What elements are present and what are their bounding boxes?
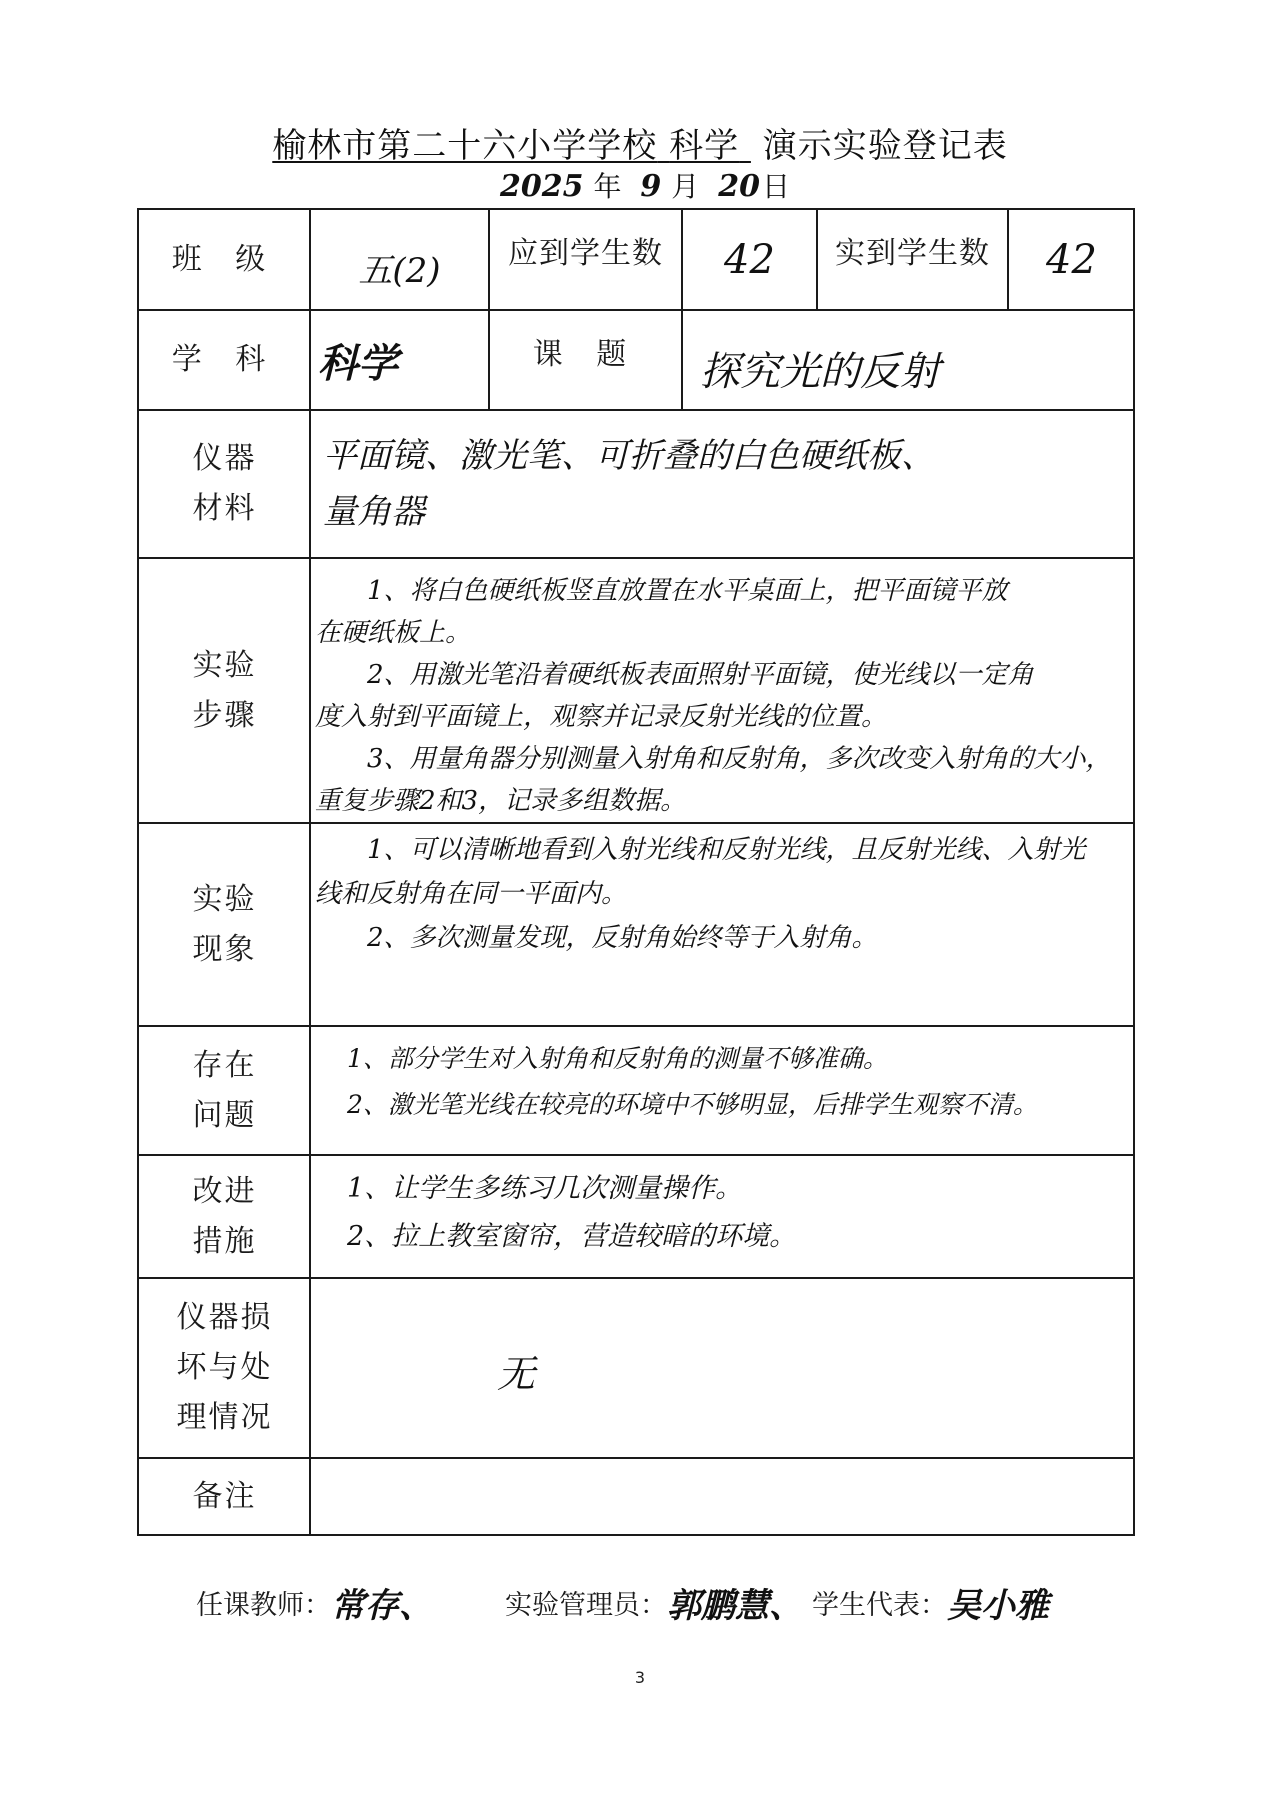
date-year: 2025: [500, 169, 584, 204]
phenomena-label-line: 现象: [193, 925, 257, 975]
date-day: 20: [718, 169, 760, 204]
damage-label-line: 仪器损: [177, 1293, 273, 1343]
class-label: 班 级: [172, 235, 278, 285]
materials-label-cell: 仪器 材料: [139, 410, 310, 558]
improvements-label-cell: 改进 措施: [139, 1155, 310, 1278]
improvements-label-line: 改进: [193, 1167, 257, 1217]
expected-label: 应到学生数: [508, 229, 663, 279]
phenomena-line: 线和反射角在同一平面内。: [315, 872, 1133, 916]
title-subject: 科学: [657, 126, 751, 166]
materials-content: 平面镜、激光笔、可折叠的白色硬纸板、 量角器: [323, 428, 1123, 540]
phenomena-label-line: 实验: [193, 875, 257, 925]
actual-value-cell: 42: [1008, 210, 1135, 310]
teacher-signature-block: 任课教师： 常存、: [196, 1578, 433, 1627]
materials-line: 平面镜、激光笔、可折叠的白色硬纸板、: [323, 428, 1123, 484]
problems-line: 2、激光笔光线在较亮的环境中不够明显，后排学生观察不清。: [347, 1082, 1137, 1128]
teacher-signature: 常存、: [331, 1578, 433, 1627]
student-label: 学生代表：: [812, 1583, 947, 1622]
topic-label: 课 题: [533, 330, 639, 380]
steps-line: 2、用激光笔沿着硬纸板表面照射平面镜，使光线以一定角: [315, 654, 1133, 696]
student-signature: 吴小雅: [947, 1578, 1049, 1627]
steps-line: 在硬纸板上。: [315, 612, 1133, 654]
actual-label-cell: 实到学生数: [817, 210, 1008, 310]
month-label: 月: [671, 170, 699, 203]
steps-line: 重复步骤2和3，记录多组数据。: [315, 780, 1133, 822]
materials-line: 量角器: [323, 484, 1123, 540]
registration-table: 班 级 五(2) 应到学生数 42 实到学生数 42 学 科 科学 课 题 探究…: [137, 208, 1135, 1536]
steps-line: 度入射到平面镜上，观察并记录反射光线的位置。: [315, 696, 1133, 738]
damage-label-cell: 仪器损 坏与处 理情况: [139, 1278, 310, 1458]
improvements-line: 1、让学生多练习几次测量操作。: [347, 1165, 1137, 1213]
page-number: 3: [0, 1668, 1280, 1687]
problems-label-cell: 存在 问题: [139, 1026, 310, 1155]
title-suffix: 演示实验登记表: [763, 126, 1008, 166]
subject-label-cell: 学 科: [139, 310, 310, 410]
actual-value: 42: [1046, 237, 1097, 283]
date-month: 9: [640, 169, 661, 204]
materials-label-line: 材料: [193, 484, 257, 534]
class-value: 五(2): [358, 243, 440, 292]
subject-value-cell: 科学: [310, 310, 489, 410]
materials-label-line: 仪器: [193, 434, 257, 484]
admin-signature: 郭鹏慧、: [667, 1578, 803, 1627]
problems-label-line: 问题: [193, 1091, 257, 1141]
expected-value: 42: [724, 237, 775, 283]
improvements-line: 2、拉上教室窗帘，营造较暗的环境。: [347, 1213, 1137, 1261]
expected-value-cell: 42: [682, 210, 817, 310]
remarks-value-cell: [310, 1458, 1135, 1536]
phenomena-content: 1、可以清晰地看到入射光线和反射光线，且反射光线、入射光 线和反射角在同一平面内…: [315, 828, 1133, 960]
subject-label: 学 科: [172, 335, 278, 385]
problems-label-line: 存在: [193, 1041, 257, 1091]
actual-label: 实到学生数: [835, 229, 990, 279]
improvements-content: 1、让学生多练习几次测量操作。 2、拉上教室窗帘，营造较暗的环境。: [347, 1165, 1137, 1261]
steps-label-line: 实验: [193, 641, 257, 691]
steps-label-cell: 实验 步骤: [139, 558, 310, 823]
damage-label-line: 理情况: [177, 1393, 273, 1443]
problems-line: 1、部分学生对入射角和反射角的测量不够准确。: [347, 1036, 1137, 1082]
year-label: 年: [594, 170, 622, 203]
document-title: 榆林市第二十六小学学校 科学 演示实验登记表: [0, 118, 1280, 167]
steps-label-line: 步骤: [193, 691, 257, 741]
steps-line: 1、将白色硬纸板竖直放置在水平桌面上，把平面镜平放: [315, 570, 1133, 612]
steps-line: 3、用量角器分别测量入射角和反射角，多次改变入射角的大小，: [315, 738, 1133, 780]
subject-value: 科学: [318, 332, 398, 389]
phenomena-line: 1、可以清晰地看到入射光线和反射光线，且反射光线、入射光: [315, 828, 1133, 872]
expected-label-cell: 应到学生数: [489, 210, 682, 310]
class-value-cell: 五(2): [310, 210, 489, 310]
phenomena-label-cell: 实验 现象: [139, 823, 310, 1026]
improvements-label-line: 措施: [193, 1217, 257, 1267]
topic-value: 探究光的反射: [700, 340, 940, 397]
steps-content: 1、将白色硬纸板竖直放置在水平桌面上，把平面镜平放 在硬纸板上。 2、用激光笔沿…: [315, 570, 1133, 822]
remarks-label-cell: 备注: [139, 1458, 310, 1536]
admin-label: 实验管理员：: [505, 1583, 667, 1622]
phenomena-line: 2、多次测量发现，反射角始终等于入射角。: [315, 916, 1133, 960]
day-label: 日: [762, 170, 790, 203]
topic-value-cell: 探究光的反射: [682, 310, 1135, 410]
date-line: 2025年 9月 20日: [0, 165, 1280, 205]
admin-signature-block: 实验管理员： 郭鹏慧、: [505, 1578, 803, 1627]
title-school: 榆林市第二十六小学学校: [272, 126, 657, 166]
student-signature-block: 学生代表： 吴小雅: [812, 1578, 1049, 1627]
class-label-cell: 班 级: [139, 210, 310, 310]
remarks-label: 备注: [193, 1472, 257, 1522]
topic-label-cell: 课 题: [489, 310, 682, 410]
damage-value: 无: [497, 1350, 535, 1398]
damage-label-line: 坏与处: [177, 1343, 273, 1393]
teacher-label: 任课教师：: [196, 1583, 331, 1622]
problems-content: 1、部分学生对入射角和反射角的测量不够准确。 2、激光笔光线在较亮的环境中不够明…: [347, 1036, 1137, 1128]
